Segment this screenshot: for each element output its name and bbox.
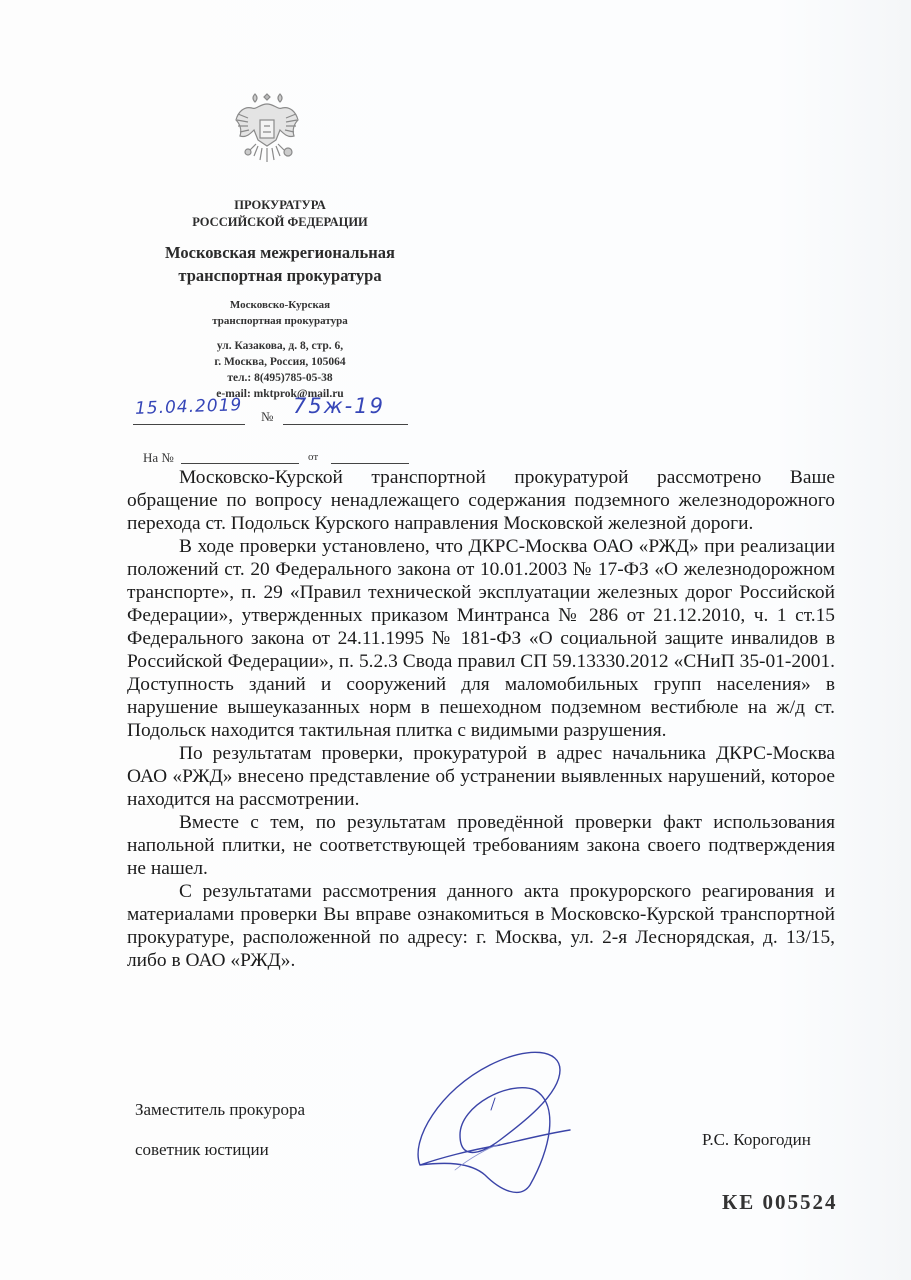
dept-line-1: Московская межрегиональная (130, 241, 430, 264)
paragraph: С результатами рассмотрения данного акта… (127, 880, 835, 972)
reply-date-label: от (308, 451, 318, 463)
subdept-name: Московско-Курская транспортная прокурату… (130, 297, 430, 329)
dept-line-2: транспортная прокуратура (130, 264, 430, 287)
address-line-2: г. Москва, Россия, 105064 (130, 354, 430, 370)
coat-of-arms-icon (230, 90, 305, 170)
number-label: № (261, 409, 273, 425)
org-line-2: РОССИЙСКОЙ ФЕДЕРАЦИИ (130, 214, 430, 231)
org-name: ПРОКУРАТУРА РОССИЙСКОЙ ФЕДЕРАЦИИ (130, 197, 430, 231)
reply-number-label: На № (143, 450, 174, 466)
signature-icon (400, 1050, 680, 1200)
paragraph: Вместе с тем, по результатам проведённой… (127, 811, 835, 880)
signer-position: Заместитель прокурора (135, 1100, 305, 1120)
signer-name: Р.С. Корогодин (702, 1130, 811, 1150)
subdept-line-1: Московско-Курская (130, 297, 430, 313)
paragraph: По результатам проверки, прокуратурой в … (127, 742, 835, 811)
paragraph: Московско-Курской транспортной прокурату… (127, 466, 835, 535)
registration-number: 75ж-19 (293, 394, 385, 418)
reply-date-blank (331, 463, 409, 464)
dept-name: Московская межрегиональная транспортная … (130, 241, 430, 287)
phone: тел.: 8(495)785-05-38 (130, 370, 430, 386)
registration-date: 15.04.2019 (135, 395, 243, 419)
registration-line: 15.04.2019 № 75ж-19 (133, 397, 413, 429)
subdept-line-2: транспортная прокуратура (130, 313, 430, 329)
address-line-1: ул. Казакова, д. 8, стр. 6, (130, 338, 430, 354)
org-line-1: ПРОКУРАТУРА (130, 197, 430, 214)
paragraph: В ходе проверки установлено, что ДКРС-Мо… (127, 535, 835, 742)
document-page: ПРОКУРАТУРА РОССИЙСКОЙ ФЕДЕРАЦИИ Московс… (0, 0, 911, 1280)
reply-number-blank (181, 463, 299, 464)
form-serial-number: КЕ 005524 (722, 1190, 837, 1215)
letter-body: Московско-Курской транспортной прокурату… (127, 466, 835, 972)
contact-block: ул. Казакова, д. 8, стр. 6, г. Москва, Р… (130, 338, 430, 402)
signer-rank: советник юстиции (135, 1140, 269, 1160)
number-underline (283, 424, 408, 425)
date-underline (133, 424, 245, 425)
